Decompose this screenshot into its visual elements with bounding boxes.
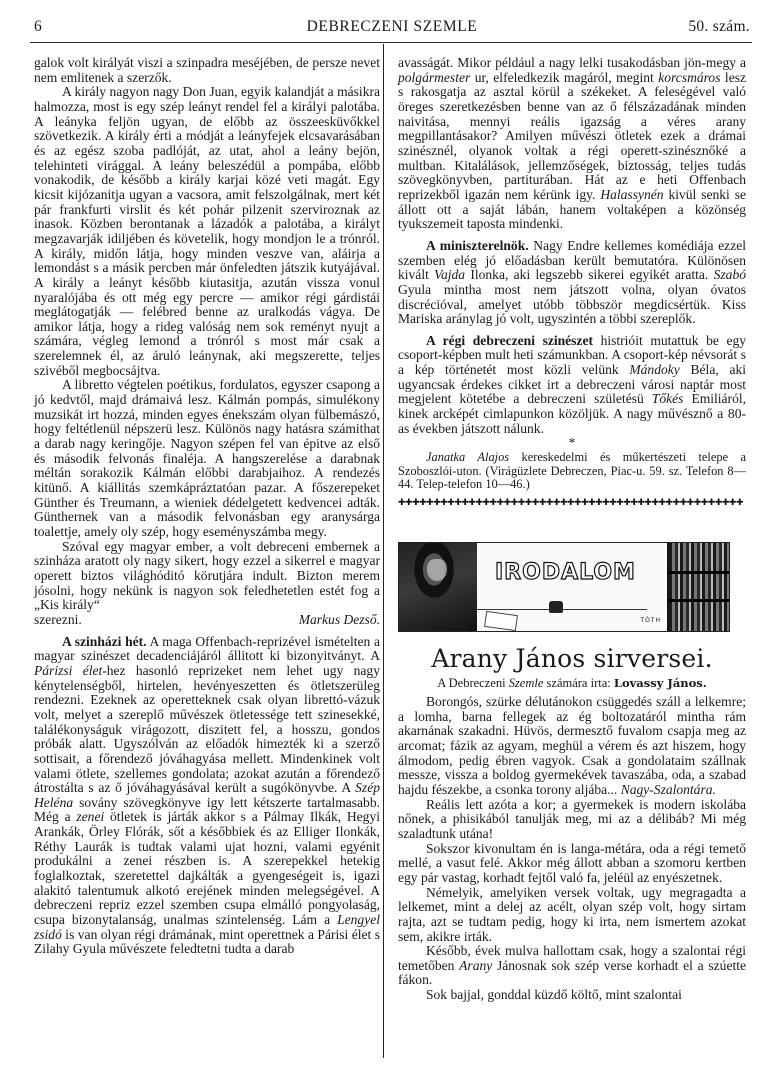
signature-line: szerezni. Markus Dezső. (34, 613, 380, 628)
author-signature: Markus Dezső. (299, 613, 380, 628)
old-theatre-paragraph: A régi debreczeni szinészet histrióit mu… (398, 334, 746, 437)
cross-ornament-rule: ✚✚✚✚✚✚✚✚✚✚✚✚✚✚✚✚✚✚✚✚✚✚✚✚✚✚✚✚✚✚✚✚✚✚✚✚✚✚✚✚… (398, 497, 746, 507)
banner-label: IRODALOM (495, 557, 615, 589)
issue-number: 50. szám. (688, 18, 750, 36)
inkwell-icon (549, 601, 563, 613)
paragraph: Sokszor kivonultam én is langa-métára, o… (398, 842, 746, 886)
section-lead: A régi debreczeni szinészet (426, 333, 593, 348)
artist-signature: TÓTH (640, 614, 661, 629)
paragraph-end: szerezni. (34, 613, 82, 628)
section-lead: A szinházi hét. (62, 634, 147, 649)
paragraph: Sok bajjal, gonddal küzdő költő, mint sz… (398, 988, 746, 1003)
prime-minister-paragraph: A miniszterelnök. Nagy Endre kellemes ko… (398, 239, 746, 327)
left-column: galok volt királyát viszi a szinpadra me… (34, 56, 380, 957)
literature-banner-illustration: IRODALOM TÓTH (398, 542, 730, 632)
section-lead: A miniszterelnök. (426, 238, 529, 253)
header-divider (30, 42, 752, 43)
paper-icon (484, 611, 518, 631)
paragraph: Reális lett azóta a kor; a gyermekek is … (398, 798, 746, 842)
author-name: Lovassy János. (614, 676, 707, 690)
paragraph: Szóval egy magyar ember, a volt debrecen… (34, 540, 380, 613)
publication-title: DEBRECZENI SZEMLE (34, 18, 750, 36)
bookshelf-illustration (667, 543, 729, 631)
right-column: avasságát. Mikor például a nagy lelki tu… (398, 56, 746, 1003)
paragraph: A libretto végtelen poétikus, fordulatos… (34, 378, 380, 539)
article-byline: A Debreczeni Szemle számára irta: Lovass… (398, 676, 746, 691)
paragraph: galok volt királyát viszi a szinpadra me… (34, 56, 380, 85)
paragraph: Borongós, szürke délutánokon csüggedés s… (398, 695, 746, 798)
advertiser-name: Janatka Alajos (426, 450, 509, 464)
asterisk-separator: * (398, 437, 746, 449)
article-title: Arany János sirversei. (398, 644, 746, 674)
theatre-week-paragraph: A szinházi hét. A maga Offenbach-reprizé… (34, 635, 380, 957)
paragraph: avasságát. Mikor például a nagy lelki tu… (398, 56, 746, 232)
page-header: 6 DEBRECZENI SZEMLE 50. szám. (34, 18, 750, 40)
advertisement: Janatka Alajos kereskedelmi és műkertész… (398, 451, 746, 491)
column-divider (383, 44, 384, 1058)
paragraph: Később, évek mulva hallottam csak, hogy … (398, 944, 746, 988)
thinking-man-illustration (399, 543, 477, 631)
paragraph: Némelyik, amelyiken versek voltak, ugy m… (398, 886, 746, 945)
paragraph: A király nagyon nagy Don Juan, egyik kal… (34, 85, 380, 378)
